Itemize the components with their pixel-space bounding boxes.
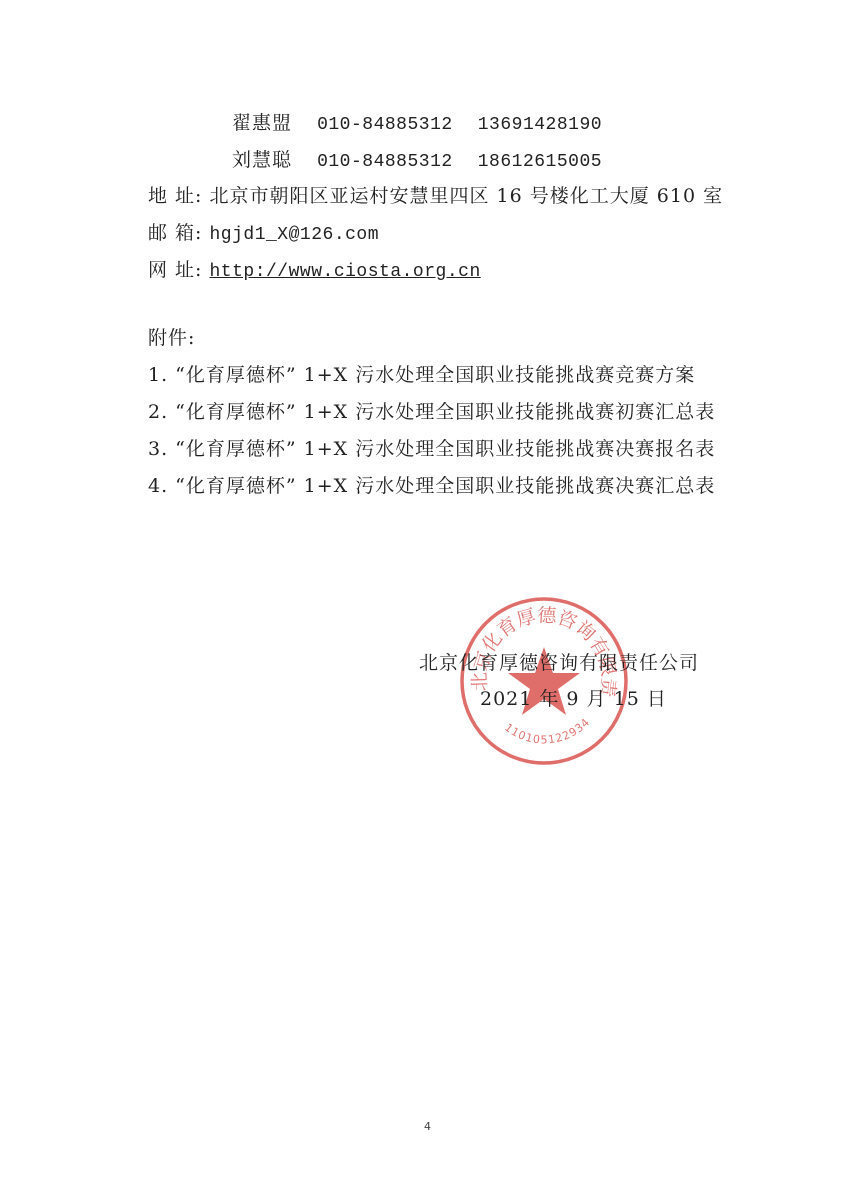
email-row: 邮 箱: hgjd1_X@126.com	[148, 218, 379, 245]
contact-name: 翟惠盟	[232, 112, 292, 134]
company-seal: 北京化育厚德咨询有限责任公司 110105122934	[458, 595, 630, 767]
website-link[interactable]: http://www.ciosta.org.cn	[210, 262, 481, 282]
website-row: 网 址: http://www.ciosta.org.cn	[148, 255, 481, 282]
attachment-item: 3. “化育厚德杯” 1+X 污水处理全国职业技能挑战赛决赛报名表	[148, 434, 715, 461]
contact-name: 刘慧聪	[232, 149, 292, 171]
contact-phone: 010-84885312	[317, 115, 453, 135]
contact-row: 刘慧聪 010-84885312 18612615005	[232, 145, 602, 172]
contact-mobile: 18612615005	[478, 152, 602, 172]
attachment-item: 1. “化育厚德杯” 1+X 污水处理全国职业技能挑战赛竞赛方案	[148, 360, 695, 387]
attachment-item: 2. “化育厚德杯” 1+X 污水处理全国职业技能挑战赛初赛汇总表	[148, 397, 715, 424]
attachment-item: 4. “化育厚德杯” 1+X 污水处理全国职业技能挑战赛决赛汇总表	[148, 471, 715, 498]
page-number: 4	[424, 1120, 431, 1133]
contact-mobile: 13691428190	[478, 115, 602, 135]
email-value[interactable]: hgjd1_X@126.com	[210, 225, 380, 245]
address-value: 北京市朝阳区亚运村安慧里四区 16 号楼化工大厦 610 室	[210, 185, 724, 207]
signature-date: 2021 年 9 月 15 日	[480, 684, 667, 711]
address-row: 地 址: 北京市朝阳区亚运村安慧里四区 16 号楼化工大厦 610 室	[148, 181, 723, 208]
contact-row: 翟惠盟 010-84885312 13691428190	[232, 108, 602, 135]
contact-phone: 010-84885312	[317, 152, 453, 172]
address-label: 地 址:	[148, 185, 202, 207]
email-label: 邮 箱:	[148, 222, 202, 244]
signature-company: 北京化育厚德咨询有限责任公司	[419, 648, 699, 675]
attachments-title: 附件:	[148, 323, 195, 350]
website-label: 网 址:	[148, 259, 202, 281]
svg-text:110105122934: 110105122934	[502, 715, 593, 746]
seal-icon: 北京化育厚德咨询有限责任公司 110105122934	[458, 595, 630, 767]
